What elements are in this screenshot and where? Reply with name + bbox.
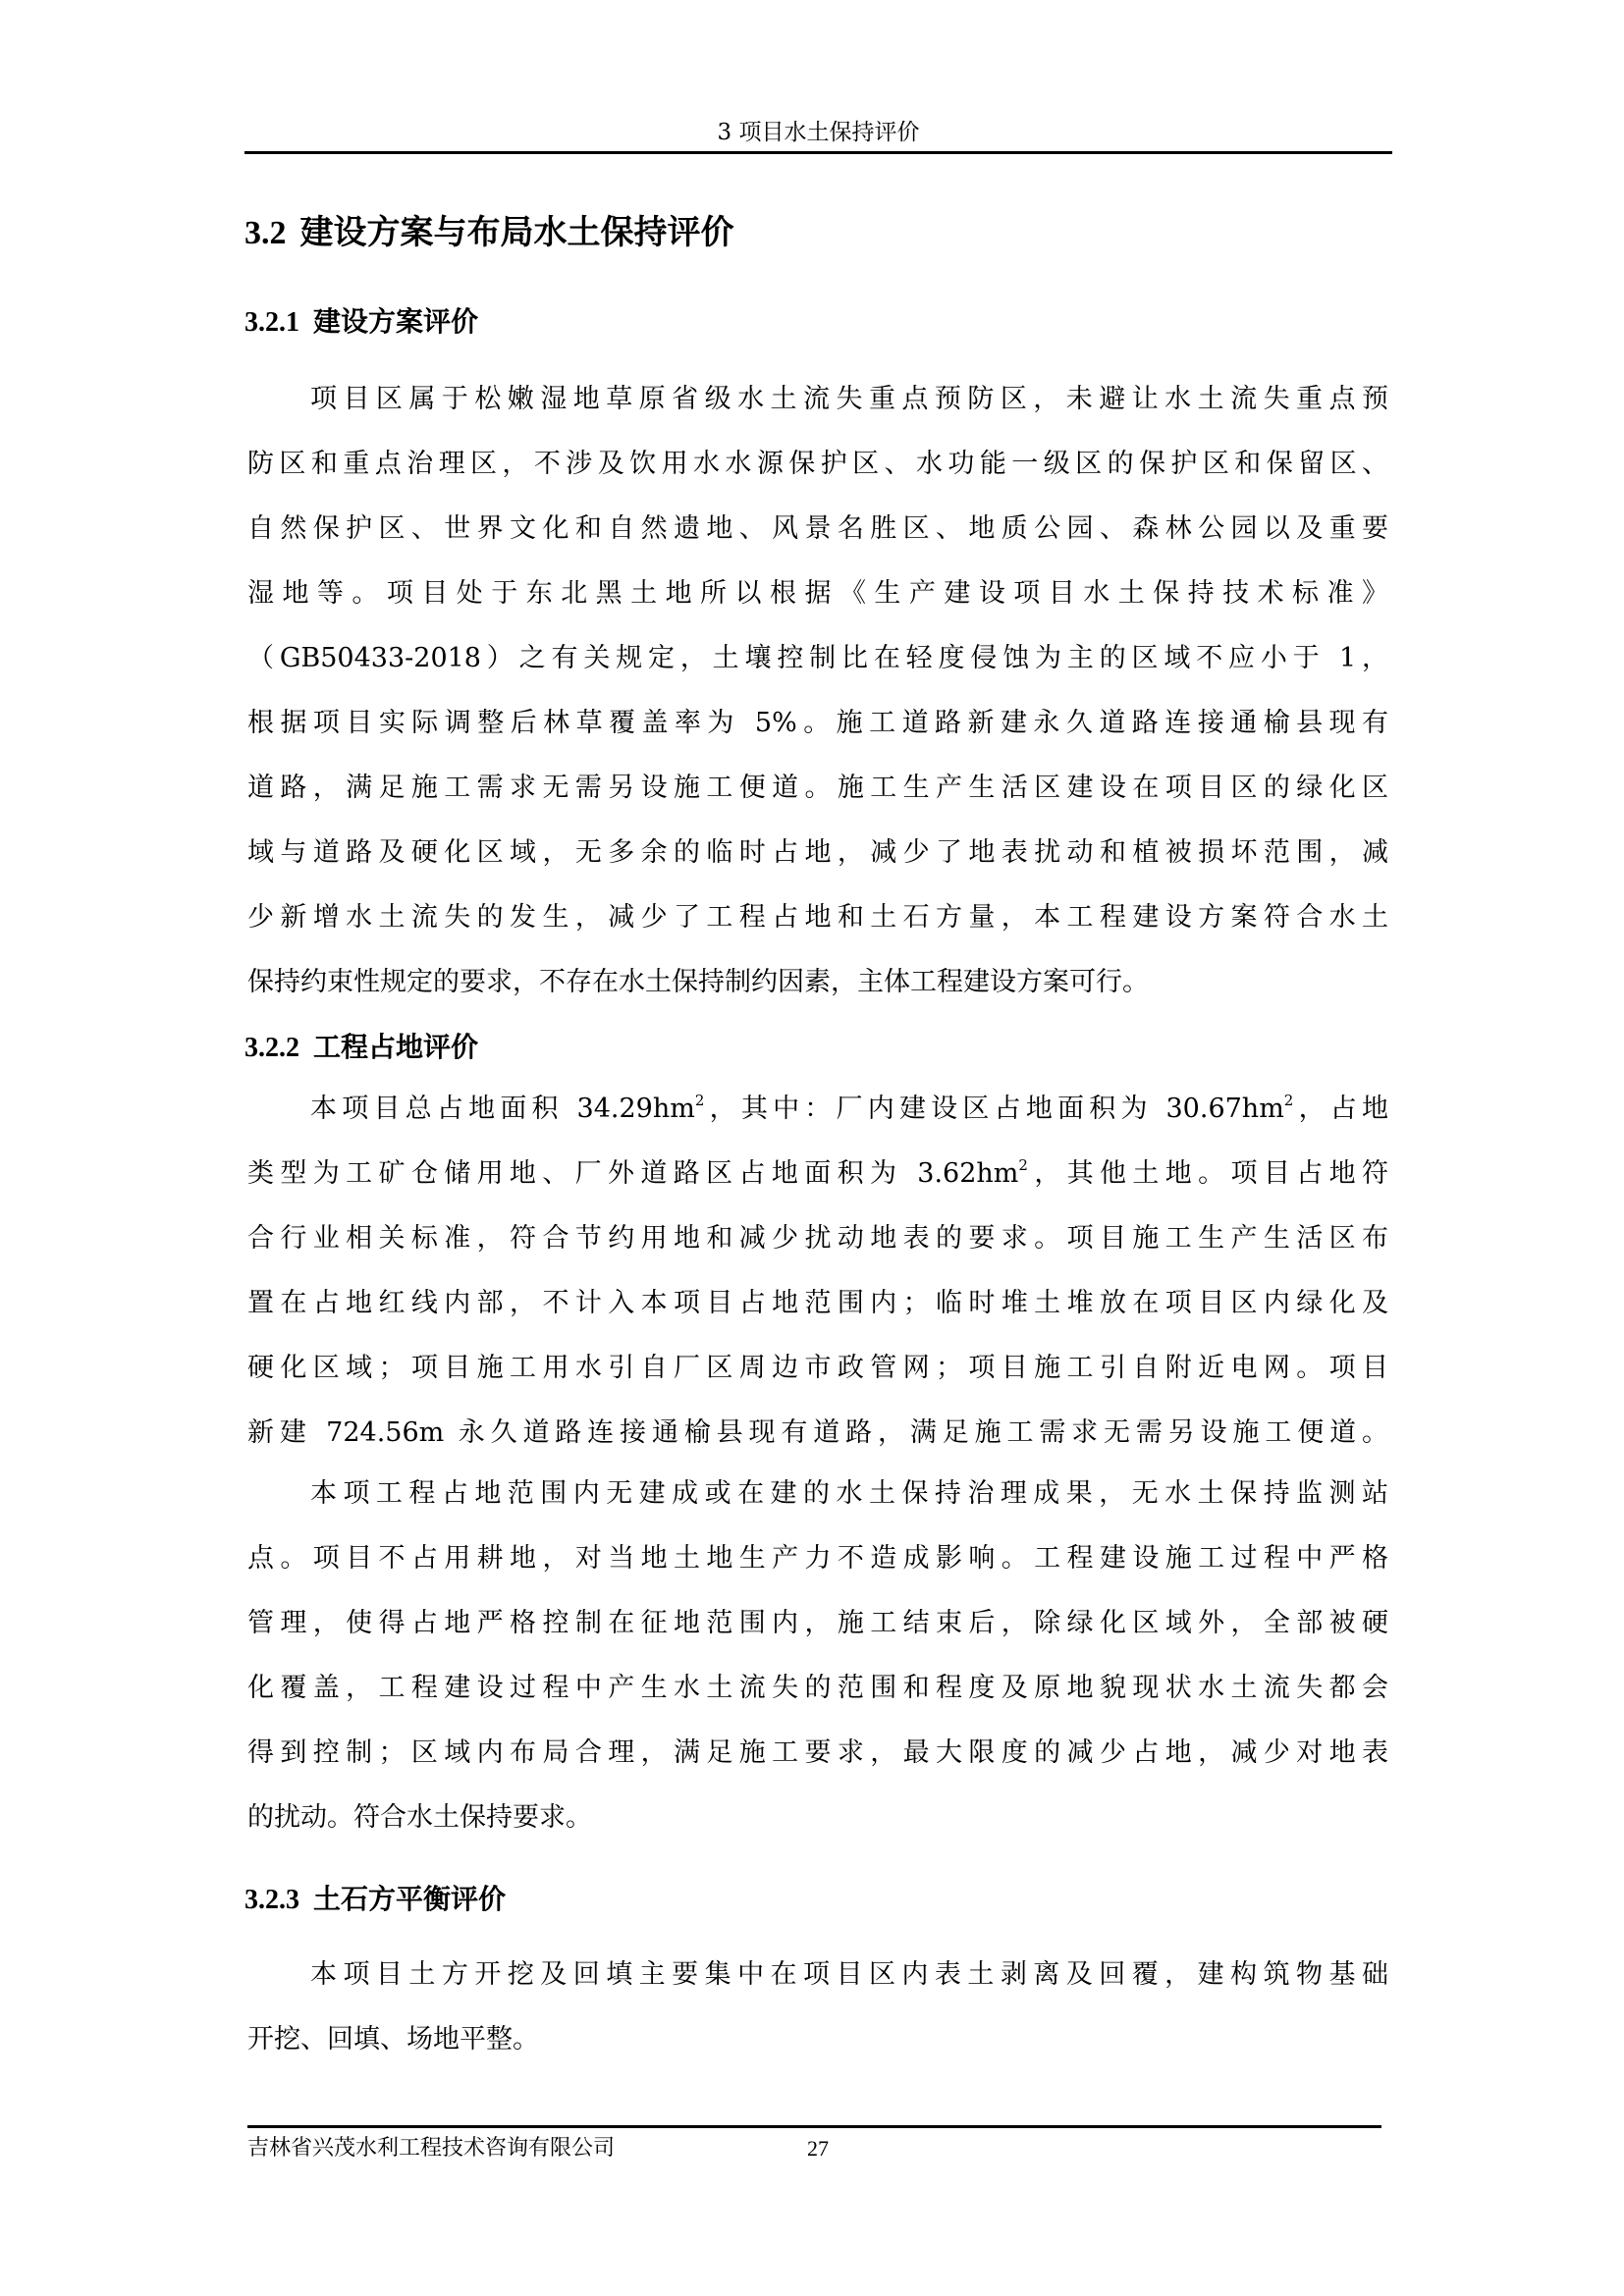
paragraph-line: 置在占地红线内部，不计入本项目占地范围内；临时堆土堆放在项目区内绿化及 [247,1287,1388,1320]
paragraph-line: 域与道路及硬化区域，无多余的临时占地，减少了地表扰动和植被损坏范围，减 [247,836,1388,870]
subsection-number: 3.2.2 [244,1033,299,1063]
running-header: 3 项目水土保持评价 [244,118,1392,147]
paragraph-line: 项目区属于松嫩湿地草原省级水土流失重点预防区，未避让水土流失重点预 [247,383,1388,416]
paragraph-line: 少新增水土流失的发生，减少了工程占地和土石方量，本工程建设方案符合水土 [247,901,1388,934]
paragraph-line: 开挖、回填、场地平整。 [247,2023,1388,2056]
subsection-number: 3.2.1 [244,307,299,338]
paragraph-line: 本项目土方开挖及回填主要集中在项目区内表土剥离及回覆，建构筑物基础 [247,1958,1388,1992]
paragraph-line: 保持约束性规定的要求，不存在水土保持制约因素，主体工程建设方案可行。 [247,966,1388,999]
subsection-heading-3-2-1: 3.2.1建设方案评价 [244,305,478,341]
subsection-heading-3-2-2: 3.2.2工程占地评价 [244,1031,478,1066]
paragraph-line: 硬化区域；项目施工用水引自厂区周边市政管网；项目施工引自附近电网。项目 [247,1352,1388,1385]
superscript: 2 [1018,1156,1028,1174]
paragraph-line: 管理，使得占地严格控制在征地范围内，施工结束后，除绿化区域外，全部被硬 [247,1607,1388,1640]
paragraph-line: 根据项目实际调整后林草覆盖率为 5%。施工道路新建永久道路连接通榆县现有 [247,707,1388,740]
paragraph-line: 合行业相关标准，符合节约用地和减少扰动地表的要求。项目施工生产生活区布 [247,1222,1388,1255]
subsection-title: 工程占地评价 [313,1033,478,1063]
text-run: ，其中：厂内建设区占地面积为 30.67hm [704,1094,1283,1124]
paragraph-line: 道路，满足施工需求无需另设施工便道。施工生产生活区建设在项目区的绿化区 [247,772,1388,805]
footer-company: 吉林省兴茂水利工程技术咨询有限公司 [247,2134,615,2163]
text-run: 本项目总占地面积 34.29hm [310,1094,695,1124]
footer-rule [247,2125,1381,2128]
page-number: 27 [807,2134,829,2163]
superscript: 2 [1284,1092,1294,1109]
text-run: ，其他土地。项目占地符 [1028,1158,1388,1189]
paragraph-line: 化覆盖，工程建设过程中产生水土流失的范围和程度及原地貌现状水土流失都会 [247,1672,1388,1705]
paragraph-line: （GB50433-2018）之有关规定，土壤控制比在轻度侵蚀为主的区域不应小于 … [247,642,1388,675]
paragraph-line: 的扰动。符合水土保持要求。 [247,1801,1388,1835]
subsection-title: 土石方平衡评价 [313,1885,506,1915]
document-page: 3 项目水土保持评价 3.2建设方案与布局水土保持评价 3.2.1建设方案评价 … [0,0,1624,2296]
section-title: 建设方案与布局水土保持评价 [300,215,734,251]
superscript: 2 [695,1092,705,1109]
subsection-title: 建设方案评价 [313,307,478,338]
paragraph-line: 防区和重点治理区，不涉及饮用水水源保护区、水功能一级区的保护区和保留区、 [247,448,1388,481]
paragraph-line: 自然保护区、世界文化和自然遗地、风景名胜区、地质公园、森林公园以及重要 [247,512,1388,546]
header-rule [244,151,1392,154]
text-run: 类型为工矿仓储用地、厂外道路区占地面积为 3.62hm [247,1158,1018,1189]
paragraph-line: 本项工程占地范围内无建成或在建的水土保持治理成果，无水土保持监测站 [247,1477,1388,1511]
paragraph-line: 湿地等。项目处于东北黑土地所以根据《生产建设项目水土保持技术标准》 [247,577,1388,611]
paragraph-line: 类型为工矿仓储用地、厂外道路区占地面积为 3.62hm2，其他土地。项目占地符 [247,1157,1388,1191]
section-number: 3.2 [244,215,287,251]
paragraph-line: 得到控制；区域内布局合理，满足施工要求，最大限度的减少占地，减少对地表 [247,1736,1388,1770]
paragraph-line: 点。项目不占用耕地，对当地土地生产力不造成影响。工程建设施工过程中严格 [247,1542,1388,1575]
subsection-number: 3.2.3 [244,1885,299,1915]
paragraph-line: 本项目总占地面积 34.29hm2，其中：厂内建设区占地面积为 30.67hm2… [247,1093,1388,1126]
subsection-heading-3-2-3: 3.2.3土石方平衡评价 [244,1883,506,1918]
text-run: ，占地 [1293,1094,1388,1124]
paragraph-line: 新建 724.56m 永久道路连接通榆县现有道路，满足施工需求无需另设施工便道。 [247,1416,1388,1450]
section-heading: 3.2建设方案与布局水土保持评价 [244,212,734,255]
